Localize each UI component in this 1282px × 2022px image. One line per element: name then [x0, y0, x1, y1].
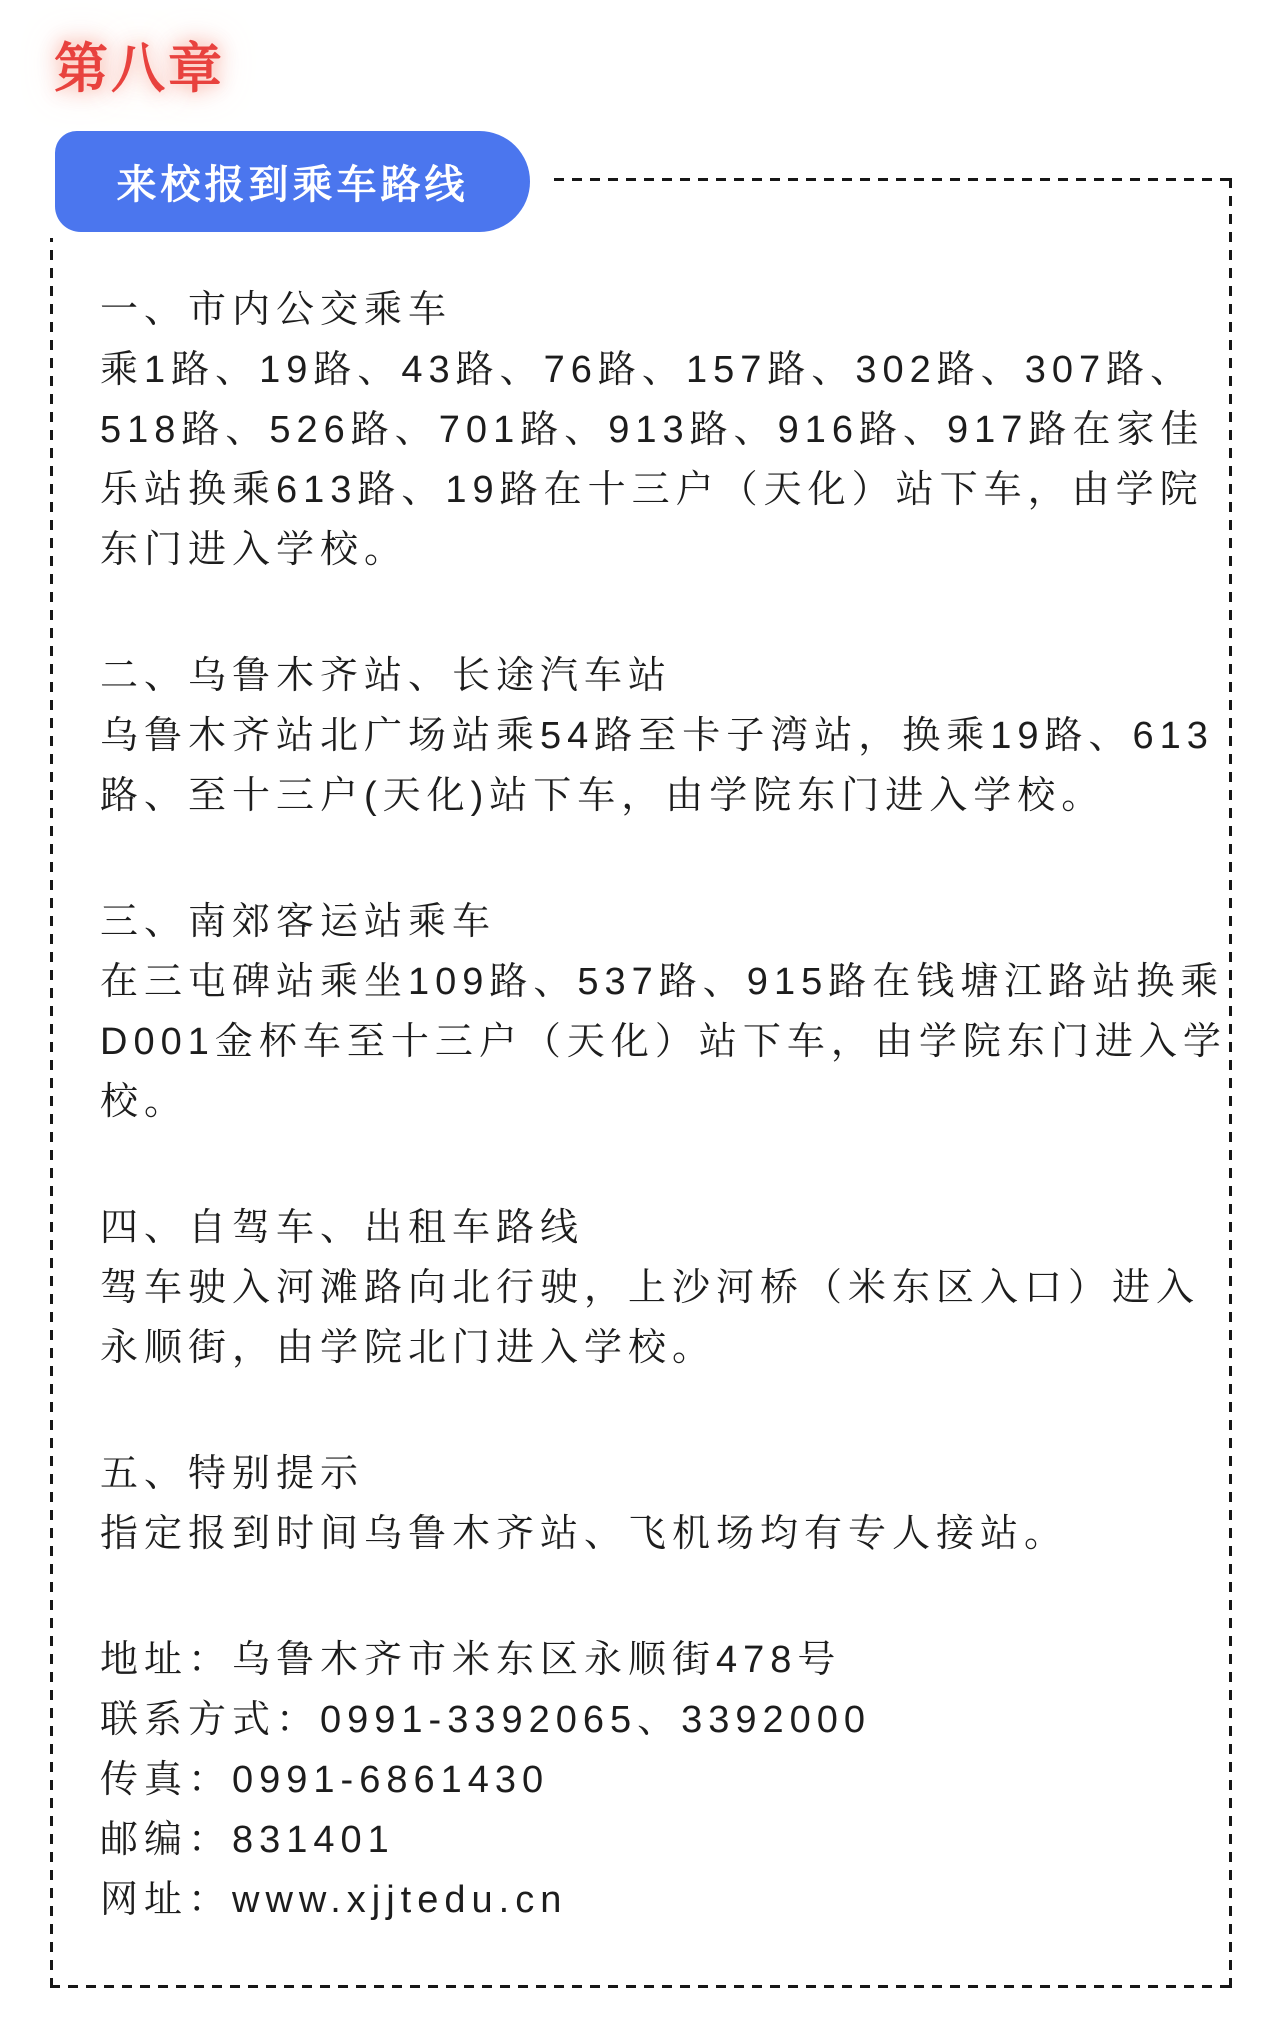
dashed-border-right — [1229, 178, 1232, 1988]
body-line: 乌鲁木齐站北广场站乘54路至卡子湾站，换乘19路、613 — [100, 706, 1205, 766]
section-heading: 二、乌鲁木齐站、长途汽车站 — [100, 646, 1205, 706]
chapter-title: 第八章 — [54, 26, 225, 103]
contact-address: 地址：乌鲁木齐市米东区永顺街478号 — [100, 1630, 1205, 1690]
contact-phone: 联系方式：0991-3392065、3392000 — [100, 1690, 1205, 1750]
section-driving-taxi: 四、自驾车、出租车路线 驾车驶入河滩路向北行驶，上沙河桥（米东区入口）进入 永顺… — [100, 1198, 1205, 1378]
body-line: 校。 — [100, 1072, 1205, 1132]
section-special-notice: 五、特别提示 指定报到时间乌鲁木齐站、飞机场均有专人接站。 — [100, 1444, 1205, 1564]
section-banner: 来校报到乘车路线 — [55, 131, 530, 232]
section-heading: 五、特别提示 — [100, 1444, 1205, 1504]
section-railway-station: 二、乌鲁木齐站、长途汽车站 乌鲁木齐站北广场站乘54路至卡子湾站，换乘19路、6… — [100, 646, 1205, 826]
body-line: 路、至十三户(天化)站下车，由学院东门进入学校。 — [100, 766, 1205, 826]
section-south-bus-station: 三、南郊客运站乘车 在三屯碑站乘坐109路、537路、915路在钱塘江路站换乘 … — [100, 892, 1205, 1132]
section-heading: 三、南郊客运站乘车 — [100, 892, 1205, 952]
dashed-border-bottom — [50, 1985, 1232, 1988]
body-line: 永顺街，由学院北门进入学校。 — [100, 1318, 1205, 1378]
contact-fax: 传真：0991-6861430 — [100, 1750, 1205, 1810]
body-line: 驾车驶入河滩路向北行驶，上沙河桥（米东区入口）进入 — [100, 1258, 1205, 1318]
body-line: 乐站换乘613路、19路在十三户（天化）站下车，由学院 — [100, 460, 1205, 520]
body-line: D001金杯车至十三户（天化）站下车，由学院东门进入学 — [100, 1012, 1205, 1072]
banner-title: 来校报到乘车路线 — [117, 153, 469, 210]
body-line: 在三屯碑站乘坐109路、537路、915路在钱塘江路站换乘 — [100, 952, 1205, 1012]
body-line: 东门进入学校。 — [100, 520, 1205, 580]
contact-postcode: 邮编：831401 — [100, 1810, 1205, 1870]
article-content: 一、市内公交乘车 乘1路、19路、43路、76路、157路、302路、307路、… — [100, 280, 1205, 1930]
section-heading: 一、市内公交乘车 — [100, 280, 1205, 340]
page: 第八章 来校报到乘车路线 一、市内公交乘车 乘1路、19路、43路、76路、15… — [0, 0, 1282, 2022]
body-line: 乘1路、19路、43路、76路、157路、302路、307路、 — [100, 340, 1205, 400]
section-city-bus: 一、市内公交乘车 乘1路、19路、43路、76路、157路、302路、307路、… — [100, 280, 1205, 580]
body-line: 指定报到时间乌鲁木齐站、飞机场均有专人接站。 — [100, 1504, 1205, 1564]
contact-info: 地址：乌鲁木齐市米东区永顺街478号 联系方式：0991-3392065、339… — [100, 1630, 1205, 1930]
section-heading: 四、自驾车、出租车路线 — [100, 1198, 1205, 1258]
contact-website: 网址：www.xjjtedu.cn — [100, 1870, 1205, 1930]
body-line: 518路、526路、701路、913路、916路、917路在家佳 — [100, 400, 1205, 460]
dashed-border-left — [50, 178, 53, 1988]
